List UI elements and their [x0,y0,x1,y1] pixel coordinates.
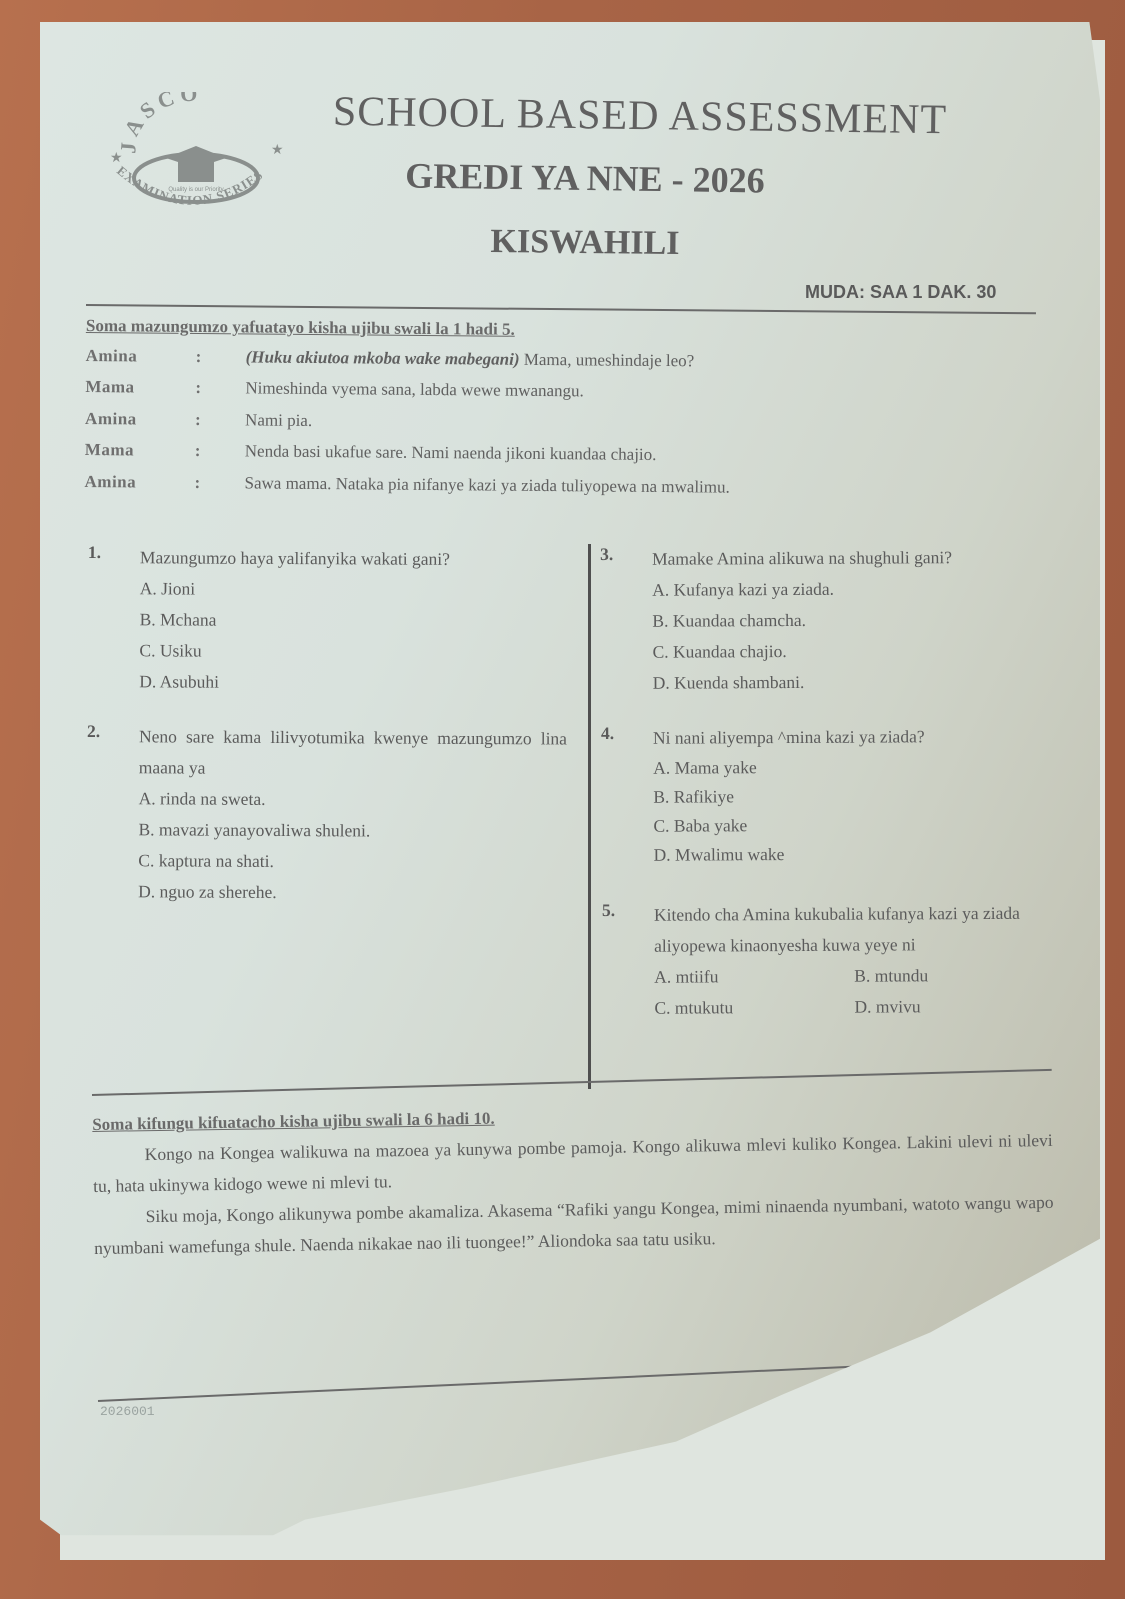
option-d: D. mvivu [854,991,1054,1023]
question-number: 2. [87,721,139,783]
option-c: C. mtukutu [654,992,854,1024]
question-number: 4. [601,723,653,754]
option-a: A. Mama yake [653,752,1071,783]
speaker: Amina [85,409,195,430]
questions-left-column: 1. Mazungumzo haya yalifanyika wakati ga… [86,542,568,910]
question-text: Kitendo cha Amina kukubalia kufanya kazi… [654,898,1072,962]
time-allowed: MUDA: SAA 1 DAK. 30 [805,282,996,303]
dialogue-text: Sawa mama. Nataka pia nifanye kazi ya zi… [244,473,729,497]
questions-right-column: 3. Mamake Amina alikuwa na shughuli gani… [600,542,1073,1024]
question-number: 5. [602,900,654,962]
svg-text:JASCO: JASCO [115,92,203,154]
question-text: Ni nani aliyempa ^mina kazi ya ziada? [653,721,1071,754]
speaker: Mama [85,440,195,461]
stage-direction: (Huku akiutoa mkoba wake mabegani) [246,347,520,368]
assessment-title: SCHOOL BASED ASSESSMENT [265,87,1016,145]
option-a: A. mtiifu [654,961,854,993]
option-b: B. Mchana [140,604,568,637]
option-d: D. Asubuhi [139,666,567,699]
option-b: B. Kuandaa chamcha. [652,604,1070,637]
option-b: B. mtundu [854,960,1054,992]
question-number: 3. [600,544,652,575]
section1-instruction: Soma mazungumzo yafuatayo kisha ujibu sw… [86,316,986,344]
question-4: 4. Ni nani aliyempa ^mina kazi ya ziada?… [601,721,1072,870]
question-1: 1. Mazungumzo haya yalifanyika wakati ga… [87,542,568,700]
dialogue-text: Nenda basi ukafue sare. Nami naenda jiko… [245,442,657,466]
option-d: D. nguo za sherehe. [138,876,566,909]
option-c: C. kaptura na shati. [138,845,566,878]
subject-title: KISWAHILI [265,221,905,266]
option-a: A. Jioni [140,573,568,606]
option-c: C. Usiku [139,635,567,668]
dialogue-line: Amina : Sawa mama. Nataka pia nifanye ka… [84,466,984,505]
question-3: 3. Mamake Amina alikuwa na shughuli gani… [600,542,1071,699]
reading-passage: Soma kifungu kifuatacho kisha ujibu swal… [92,1094,1054,1264]
speaker: Mama [85,377,195,398]
paper-code: 2026001 [100,1404,155,1419]
section-divider [92,1069,1052,1096]
option-c: C. Kuandaa chajio. [652,635,1070,668]
option-a: A. rinda na sweta. [139,783,567,816]
header-divider [86,304,1036,314]
dialogue-section: Soma mazungumzo yafuatayo kisha ujibu sw… [84,316,986,505]
speaker: Amina [86,346,196,367]
question-number: 1. [88,542,140,573]
question-2: 2. Neno sare kama lilivyotumika kwenye m… [86,721,567,910]
dialogue-text: Nimeshinda vyema sana, labda wewe mwanan… [245,379,584,402]
question-text: Mamake Amina alikuwa na shughuli gani? [652,542,1070,575]
grade-year: GREDI YA NNE - 2026 [265,153,906,204]
star-icon: ★ [110,151,123,166]
option-c: C. Baba yake [653,810,1071,841]
speaker: Amina [84,472,194,493]
question-text: Mazungumzo haya yalifanyika wakati gani? [140,542,568,575]
option-d: D. Kuenda shambani. [653,666,1071,699]
question-5: 5. Kitendo cha Amina kukubalia kufanya k… [602,898,1073,1024]
question-text: Neno sare kama lilivyotumika kwenye mazu… [139,721,567,785]
option-d: D. Mwalimu wake [654,839,1072,870]
option-a: A. Kufanya kazi ya ziada. [652,573,1070,606]
logo-arc-text: JASCO [115,92,203,154]
option-b: B. mavazi yanayovaliwa shuleni. [138,814,566,847]
dialogue-text: Mama, umeshindaje leo? [519,350,694,371]
dialogue-text: Nami pia. [245,410,312,431]
column-divider [588,544,591,1089]
option-b: B. Rafikiye [653,781,1071,812]
